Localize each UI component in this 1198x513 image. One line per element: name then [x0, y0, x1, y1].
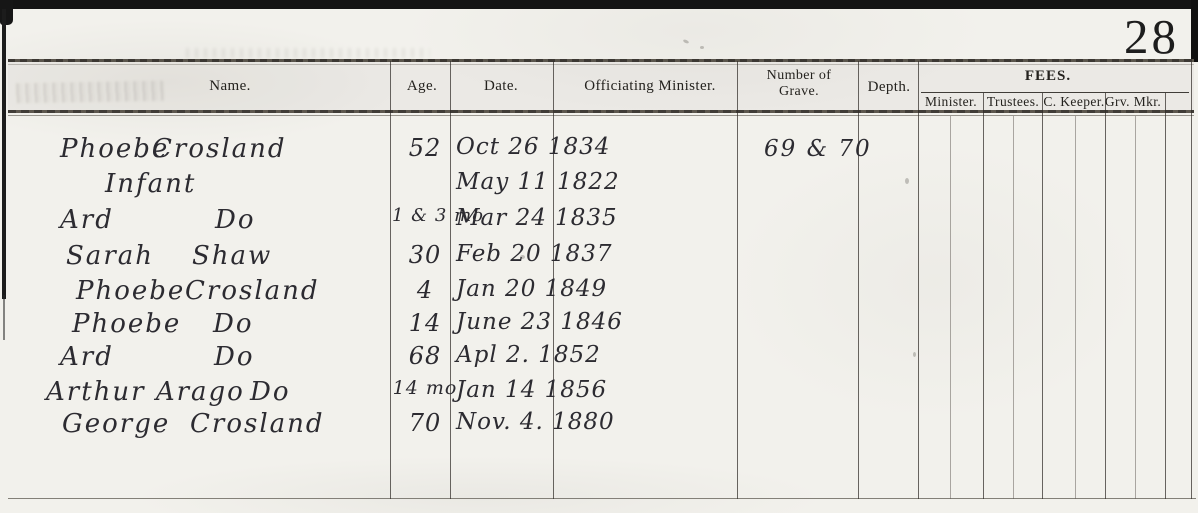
- table-row: Phoebe Crosland 52 Oct 26 1834 69 & 70: [0, 134, 1198, 170]
- entry-age: 52: [392, 134, 458, 162]
- entry-date: Jan 14 1856: [456, 377, 607, 403]
- scan-speck: [700, 46, 704, 49]
- entry-age: 68: [392, 342, 458, 370]
- table-row: Ard Do 1 & 3 mo Mar 24 1835: [0, 205, 1198, 241]
- column-header-depth: Depth.: [868, 79, 911, 96]
- table-row: Sarah Shaw 30 Feb 20 1837: [0, 241, 1198, 277]
- entry-age: 4: [392, 276, 458, 304]
- column-header-number-of-grave-line1: Number of: [767, 68, 832, 84]
- entry-grave-number: 69 & 70: [764, 136, 872, 162]
- column-header-fees-c-keeper: C. Keeper.: [1043, 94, 1104, 110]
- header-bottom-rule-thin: [8, 115, 1194, 116]
- entry-name-given: Sarah: [66, 241, 154, 271]
- entry-date: Feb 20 1837: [456, 241, 612, 267]
- entry-name-surname: Crosland: [185, 276, 320, 306]
- scanned-register-page: 28 Name. Age. Date. Officiating Minister…: [0, 0, 1198, 513]
- table-top-rule: [8, 59, 1194, 62]
- table-row: Arthur Arago Do 14 mo Jan 14 1856: [0, 377, 1198, 413]
- entry-name-surname: Crosland: [152, 134, 287, 164]
- scan-edge-top: [0, 0, 1198, 9]
- ink-offset-smudge: [180, 48, 430, 58]
- column-header-number-of-grave-line2: Grave.: [779, 84, 819, 100]
- entry-name-ditto: Do: [213, 309, 254, 339]
- entry-name-given: Arthur Arago: [46, 377, 245, 407]
- table-row: Phoebe Crosland 4 Jan 20 1849: [0, 276, 1198, 312]
- page-number: 28: [1124, 8, 1179, 65]
- column-header-fees: FEES.: [1025, 68, 1071, 85]
- header-bottom-rule: [8, 110, 1194, 113]
- column-header-date: Date.: [484, 78, 518, 95]
- entry-date: Nov. 4. 1880: [456, 409, 615, 435]
- entry-name-given: Infant: [105, 169, 196, 199]
- entry-name-given: Phoebe: [72, 309, 181, 339]
- table-top-rule-echo: [8, 64, 1194, 65]
- entry-name-ditto: Do: [215, 205, 256, 235]
- scan-edge-right: [1191, 0, 1198, 62]
- table-row: Ard Do 68 Apl 2. 1852: [0, 342, 1198, 378]
- entry-age: 14: [392, 309, 458, 337]
- entry-name-ditto: Do: [250, 377, 291, 407]
- entry-name-surname: Shaw: [192, 241, 272, 271]
- entry-date: June 23 1846: [456, 309, 623, 335]
- table-row: George Crosland 70 Nov. 4. 1880: [0, 409, 1198, 445]
- entry-age: 1 & 3 mo: [392, 205, 458, 226]
- entry-date: Mar 24 1835: [456, 205, 618, 231]
- entry-date: Oct 26 1834: [456, 134, 610, 160]
- entry-name-given: Phoebe: [76, 276, 185, 306]
- column-header-fees-minister: Minister.: [925, 94, 977, 110]
- entry-name-given: Ard: [60, 205, 114, 235]
- column-header-officiating-minister: Officiating Minister.: [584, 78, 715, 95]
- table-row: Infant May 11 1822: [0, 169, 1198, 205]
- entry-date: Jan 20 1849: [456, 276, 607, 302]
- entry-name-ditto: Do: [214, 342, 255, 372]
- entry-name-surname: Crosland: [190, 409, 325, 439]
- entry-name-given: George: [62, 409, 170, 439]
- entry-age: 70: [392, 409, 458, 437]
- entry-age: 30: [392, 241, 458, 269]
- table-row: Phoebe Do 14 June 23 1846: [0, 309, 1198, 345]
- table-bottom-rule: [8, 498, 1196, 499]
- fees-underline-rule: [921, 92, 1189, 93]
- column-header-fees-trustees: Trustees.: [987, 94, 1039, 110]
- entry-age: 14 mo: [392, 377, 458, 399]
- column-header-fees-grv-mkr: Grv. Mkr.: [1105, 94, 1161, 110]
- entry-name-given: Ard: [60, 342, 114, 372]
- entry-date: Apl 2. 1852: [456, 342, 601, 368]
- entry-date: May 11 1822: [456, 169, 620, 195]
- column-header-age: Age.: [407, 78, 437, 95]
- column-header-name: Name.: [209, 78, 251, 95]
- scan-speck: [683, 39, 690, 44]
